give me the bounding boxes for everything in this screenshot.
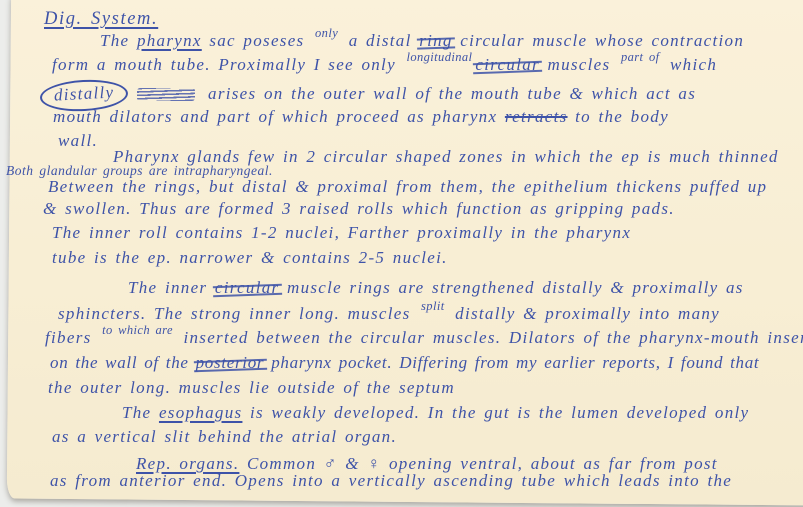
text-segment: the outer long. muscles lie outside of t… [48,378,455,397]
text-segment: which [662,55,717,74]
text-segment: tube is the ep. narrower & contains 2-5 … [52,248,448,267]
underlined-term: pharynx [137,31,202,50]
text-segment: wall. [58,131,98,150]
text-segment: pharynx pocket. Differing from my earlie… [264,353,759,372]
handwritten-line: as a vertical slit behind the atrial org… [52,426,397,447]
text-segment: circular muscle whose contraction [453,31,744,50]
text-segment: as from anterior end. Opens into a verti… [50,471,732,490]
text-segment: muscle rings are strengthened distally &… [279,278,743,297]
underlined-term: esophagus [159,403,242,422]
handwritten-line: The inner circular muscle rings are stre… [128,277,744,298]
handwritten-line: The pharynx sac poseses only a distal ri… [100,30,744,51]
handwritten-line: The esophagus is weakly developed. In th… [122,402,749,423]
handwritten-line: tube is the ep. narrower & contains 2-5 … [52,247,448,268]
note-heading: Dig. System. [44,8,158,31]
text-segment: as a vertical slit behind the atrial org… [52,427,397,446]
text-segment: form a mouth tube. Proximally I see only [52,55,403,74]
inserted-word: to which are [102,323,173,337]
struck-word: posterior [196,353,265,372]
inserted-word: split [421,299,445,313]
handwritten-line: wall. [58,130,98,151]
struck-word: ring [419,31,453,50]
text-segment: The inner [128,278,215,297]
handwritten-line: form a mouth tube. Proximally I see only… [52,54,717,75]
handwritten-note: Dig. System. The pharynx sac poseses onl… [0,0,803,507]
text-segment: arises on the outer wall of the mouth tu… [200,84,696,103]
text-segment: is weakly developed. In the gut is the l… [242,403,749,422]
struck-word: retracts [505,107,568,126]
text-segment: mouth dilators and part of which proceed… [53,107,505,126]
inserted-word: longitudinal [406,50,472,64]
text-segment: muscles [540,55,618,74]
handwritten-line: mouth dilators and part of which proceed… [53,106,669,127]
handwritten-line: sphincters. The strong inner long. muscl… [58,303,720,324]
handwritten-line: the outer long. muscles lie outside of t… [48,377,455,398]
handwritten-line: The inner roll contains 1-2 nuclei, Fart… [52,222,631,243]
text-segment: The [122,403,159,422]
text-segment: to the body [568,107,669,126]
handwritten-line: & swollen. Thus are formed 3 raised roll… [43,198,675,219]
handwritten-line: as from anterior end. Opens into a verti… [50,470,732,491]
struck-word: circular [475,55,540,74]
text-segment: sac poseses [202,31,312,50]
handwritten-line: on the wall of the posterior pharynx poc… [50,352,759,373]
struck-word: circular [215,278,280,297]
handwritten-line: Between the rings, but distal & proximal… [48,176,767,197]
text-segment: sphincters. The strong inner long. muscl… [58,304,418,323]
inserted-word: part of [621,50,660,64]
scribble-mark [137,88,195,101]
text-segment: on the wall of the [50,353,196,372]
text-segment: inserted between the circular muscles. D… [176,328,803,347]
section-title: Dig. System. [44,9,158,29]
text-segment: The inner roll contains 1-2 nuclei, Fart… [52,223,631,242]
text-segment: Between the rings, but distal & proximal… [48,177,767,196]
text-segment: fibers [45,328,99,347]
text-segment: distally & proximally into many [448,304,720,323]
handwritten-line: fibers to which are inserted between the… [45,327,803,348]
inserted-word: only [315,26,338,40]
text-segment: & swollen. Thus are formed 3 raised roll… [43,199,675,218]
text-segment: The [100,31,137,50]
text-segment: a distal [341,31,419,50]
